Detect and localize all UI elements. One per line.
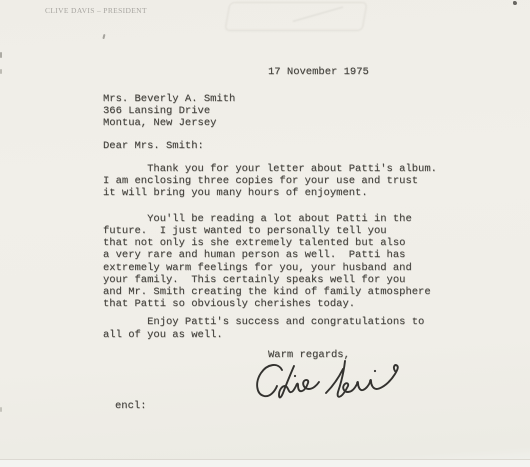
signature-image (248, 357, 412, 409)
scan-speck (513, 1, 517, 5)
scan-speck (102, 34, 105, 39)
enclosure-note: encl: (115, 400, 147, 412)
scan-speck (0, 52, 2, 58)
scan-speck (0, 407, 2, 412)
paragraph-3: Enjoy Patti's success and congratulation… (103, 316, 424, 340)
paragraph-2: You'll be reading a lot about Patti in t… (103, 213, 431, 311)
scanned-letter: CLIVE DAVIS – PRESIDENT 17 November 1975… (0, 0, 530, 467)
salutation: Dear Mrs. Smith: (103, 140, 204, 152)
letter-date: 17 November 1975 (268, 66, 369, 78)
scan-speck (0, 69, 2, 74)
letterhead-title: CLIVE DAVIS – PRESIDENT (45, 6, 147, 15)
recipient-address: Mrs. Beverly A. Smith 366 Lansing Drive … (103, 93, 235, 130)
scan-bottom-edge (0, 459, 530, 467)
paragraph-1: Thank you for your letter about Patti's … (103, 163, 437, 200)
